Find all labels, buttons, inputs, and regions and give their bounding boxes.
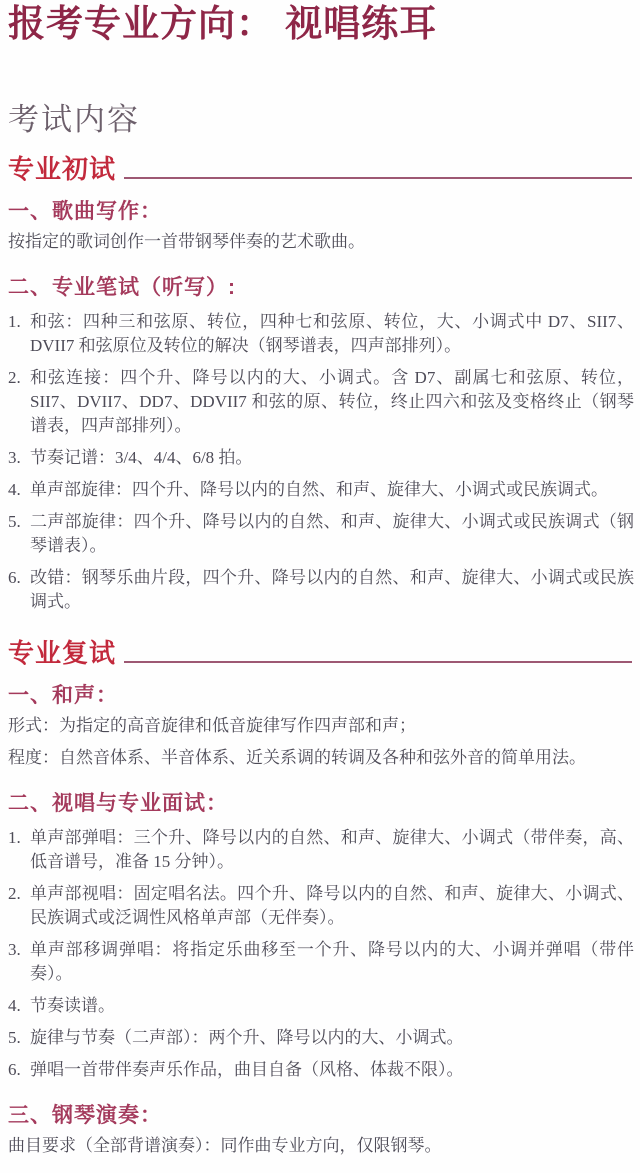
item-number: 5. bbox=[8, 510, 30, 558]
item-number: 5. bbox=[8, 1026, 30, 1050]
list-item: 1. 单声部弹唱：三个升、降号以内的自然、和声、旋律大、小调式（带伴奏，高、低音… bbox=[8, 826, 634, 874]
exam-content-heading: 考试内容 bbox=[8, 102, 634, 138]
block-song-writing: 一、歌曲写作： 按指定的歌词创作一首带钢琴伴奏的艺术歌曲。 bbox=[8, 198, 634, 254]
list-item: 3. 单声部移调弹唱：将指定乐曲移至一个升、降号以内的大、小调并弹唱（带伴奏）。 bbox=[8, 938, 634, 986]
list-item: 5. 二声部旋律：四个升、降号以内的自然、和声、旋律大、小调式或民族调式（钢琴谱… bbox=[8, 510, 634, 558]
document-page: 报考专业方向： 视唱练耳 考试内容 专业初试 一、歌曲写作： 按指定的歌词创作一… bbox=[0, 0, 640, 1173]
list-item: 2. 和弦连接：四个升、降号以内的大、小调式。含 D7、副属七和弦原、转位，SI… bbox=[8, 366, 634, 438]
list-item: 6. 改错：钢琴乐曲片段，四个升、降号以内的自然、和声、旋律大、小调式或民族调式… bbox=[8, 566, 634, 614]
item-number: 1. bbox=[8, 826, 30, 874]
block-paragraph: 程度：自然音体系、半音体系、近关系调的转调及各种和弦外音的简单用法。 bbox=[8, 746, 634, 770]
block-sightsinging-interview: 二、视唱与专业面试： 1. 单声部弹唱：三个升、降号以内的自然、和声、旋律大、小… bbox=[8, 790, 634, 1082]
item-number: 2. bbox=[8, 366, 30, 438]
item-text: 和弦连接：四个升、降号以内的大、小调式。含 D7、副属七和弦原、转位，SII7、… bbox=[30, 366, 634, 438]
block-heading: 二、专业笔试（听写）: bbox=[8, 274, 634, 302]
section-rule-line bbox=[124, 177, 632, 179]
list-item: 6. 弹唱一首带伴奏声乐作品，曲目自备（风格、体裁不限）。 bbox=[8, 1058, 634, 1082]
block-heading: 三、钢琴演奏： bbox=[8, 1102, 634, 1130]
item-number: 4. bbox=[8, 478, 30, 502]
block-piano-performance: 三、钢琴演奏： 曲目要求（全部背谱演奏）：同作曲专业方向，仅限钢琴。 bbox=[8, 1102, 634, 1158]
block-written-exam: 二、专业笔试（听写）: 1. 和弦：四种三和弦原、转位，四种七和弦原、转位，大、… bbox=[8, 274, 634, 614]
block-harmony: 一、和声： 形式：为指定的高音旋律和低音旋律写作四声部和声； 程度：自然音体系、… bbox=[8, 682, 634, 770]
item-number: 6. bbox=[8, 566, 30, 614]
section-banner-second-round: 专业复试 bbox=[8, 638, 634, 668]
list-item: 4. 节奏读谱。 bbox=[8, 994, 634, 1018]
block-paragraph: 形式：为指定的高音旋律和低音旋律写作四声部和声； bbox=[8, 714, 634, 738]
item-number: 3. bbox=[8, 446, 30, 470]
item-number: 6. bbox=[8, 1058, 30, 1082]
item-text: 弹唱一首带伴奏声乐作品，曲目自备（风格、体裁不限）。 bbox=[30, 1058, 634, 1082]
list-item: 1. 和弦：四种三和弦原、转位，四种七和弦原、转位，大、小调式中 D7、SII7… bbox=[8, 310, 634, 358]
item-text: 单声部弹唱：三个升、降号以内的自然、和声、旋律大、小调式（带伴奏，高、低音谱号，… bbox=[30, 826, 634, 874]
item-text: 二声部旋律：四个升、降号以内的自然、和声、旋律大、小调式或民族调式（钢琴谱表）。 bbox=[30, 510, 634, 558]
section-banner-label: 专业初试 bbox=[8, 154, 116, 184]
item-number: 1. bbox=[8, 310, 30, 358]
item-text: 单声部视唱：固定唱名法。四个升、降号以内的自然、和声、旋律大、小调式、民族调式或… bbox=[30, 882, 634, 930]
item-text: 节奏读谱。 bbox=[30, 994, 634, 1018]
item-number: 4. bbox=[8, 994, 30, 1018]
block-paragraph: 曲目要求（全部背谱演奏）：同作曲专业方向，仅限钢琴。 bbox=[8, 1134, 634, 1158]
item-text: 旋律与节奏（二声部）：两个升、降号以内的大、小调式。 bbox=[30, 1026, 634, 1050]
list-item: 3. 节奏记谱：3/4、4/4、6/8 拍。 bbox=[8, 446, 634, 470]
list-item: 4. 单声部旋律：四个升、降号以内的自然、和声、旋律大、小调式或民族调式。 bbox=[8, 478, 634, 502]
item-text: 单声部旋律：四个升、降号以内的自然、和声、旋律大、小调式或民族调式。 bbox=[30, 478, 634, 502]
list-item: 5. 旋律与节奏（二声部）：两个升、降号以内的大、小调式。 bbox=[8, 1026, 634, 1050]
item-number: 3. bbox=[8, 938, 30, 986]
section-rule-line bbox=[124, 661, 632, 663]
item-text: 单声部移调弹唱：将指定乐曲移至一个升、降号以内的大、小调并弹唱（带伴奏）。 bbox=[30, 938, 634, 986]
item-text: 节奏记谱：3/4、4/4、6/8 拍。 bbox=[30, 446, 634, 470]
interview-item-list: 1. 单声部弹唱：三个升、降号以内的自然、和声、旋律大、小调式（带伴奏，高、低音… bbox=[8, 826, 634, 1082]
item-number: 2. bbox=[8, 882, 30, 930]
section-banner-label: 专业复试 bbox=[8, 638, 116, 668]
block-paragraph: 按指定的歌词创作一首带钢琴伴奏的艺术歌曲。 bbox=[8, 230, 634, 254]
item-text: 和弦：四种三和弦原、转位，四种七和弦原、转位，大、小调式中 D7、SII7、DV… bbox=[30, 310, 634, 358]
block-heading: 一、歌曲写作： bbox=[8, 198, 634, 226]
list-item: 2. 单声部视唱：固定唱名法。四个升、降号以内的自然、和声、旋律大、小调式、民族… bbox=[8, 882, 634, 930]
page-title: 报考专业方向： 视唱练耳 bbox=[8, 2, 634, 46]
block-heading: 一、和声： bbox=[8, 682, 634, 710]
block-heading: 二、视唱与专业面试： bbox=[8, 790, 634, 818]
written-exam-item-list: 1. 和弦：四种三和弦原、转位，四种七和弦原、转位，大、小调式中 D7、SII7… bbox=[8, 310, 634, 614]
item-text: 改错：钢琴乐曲片段，四个升、降号以内的自然、和声、旋律大、小调式或民族调式。 bbox=[30, 566, 634, 614]
section-banner-first-round: 专业初试 bbox=[8, 154, 634, 184]
